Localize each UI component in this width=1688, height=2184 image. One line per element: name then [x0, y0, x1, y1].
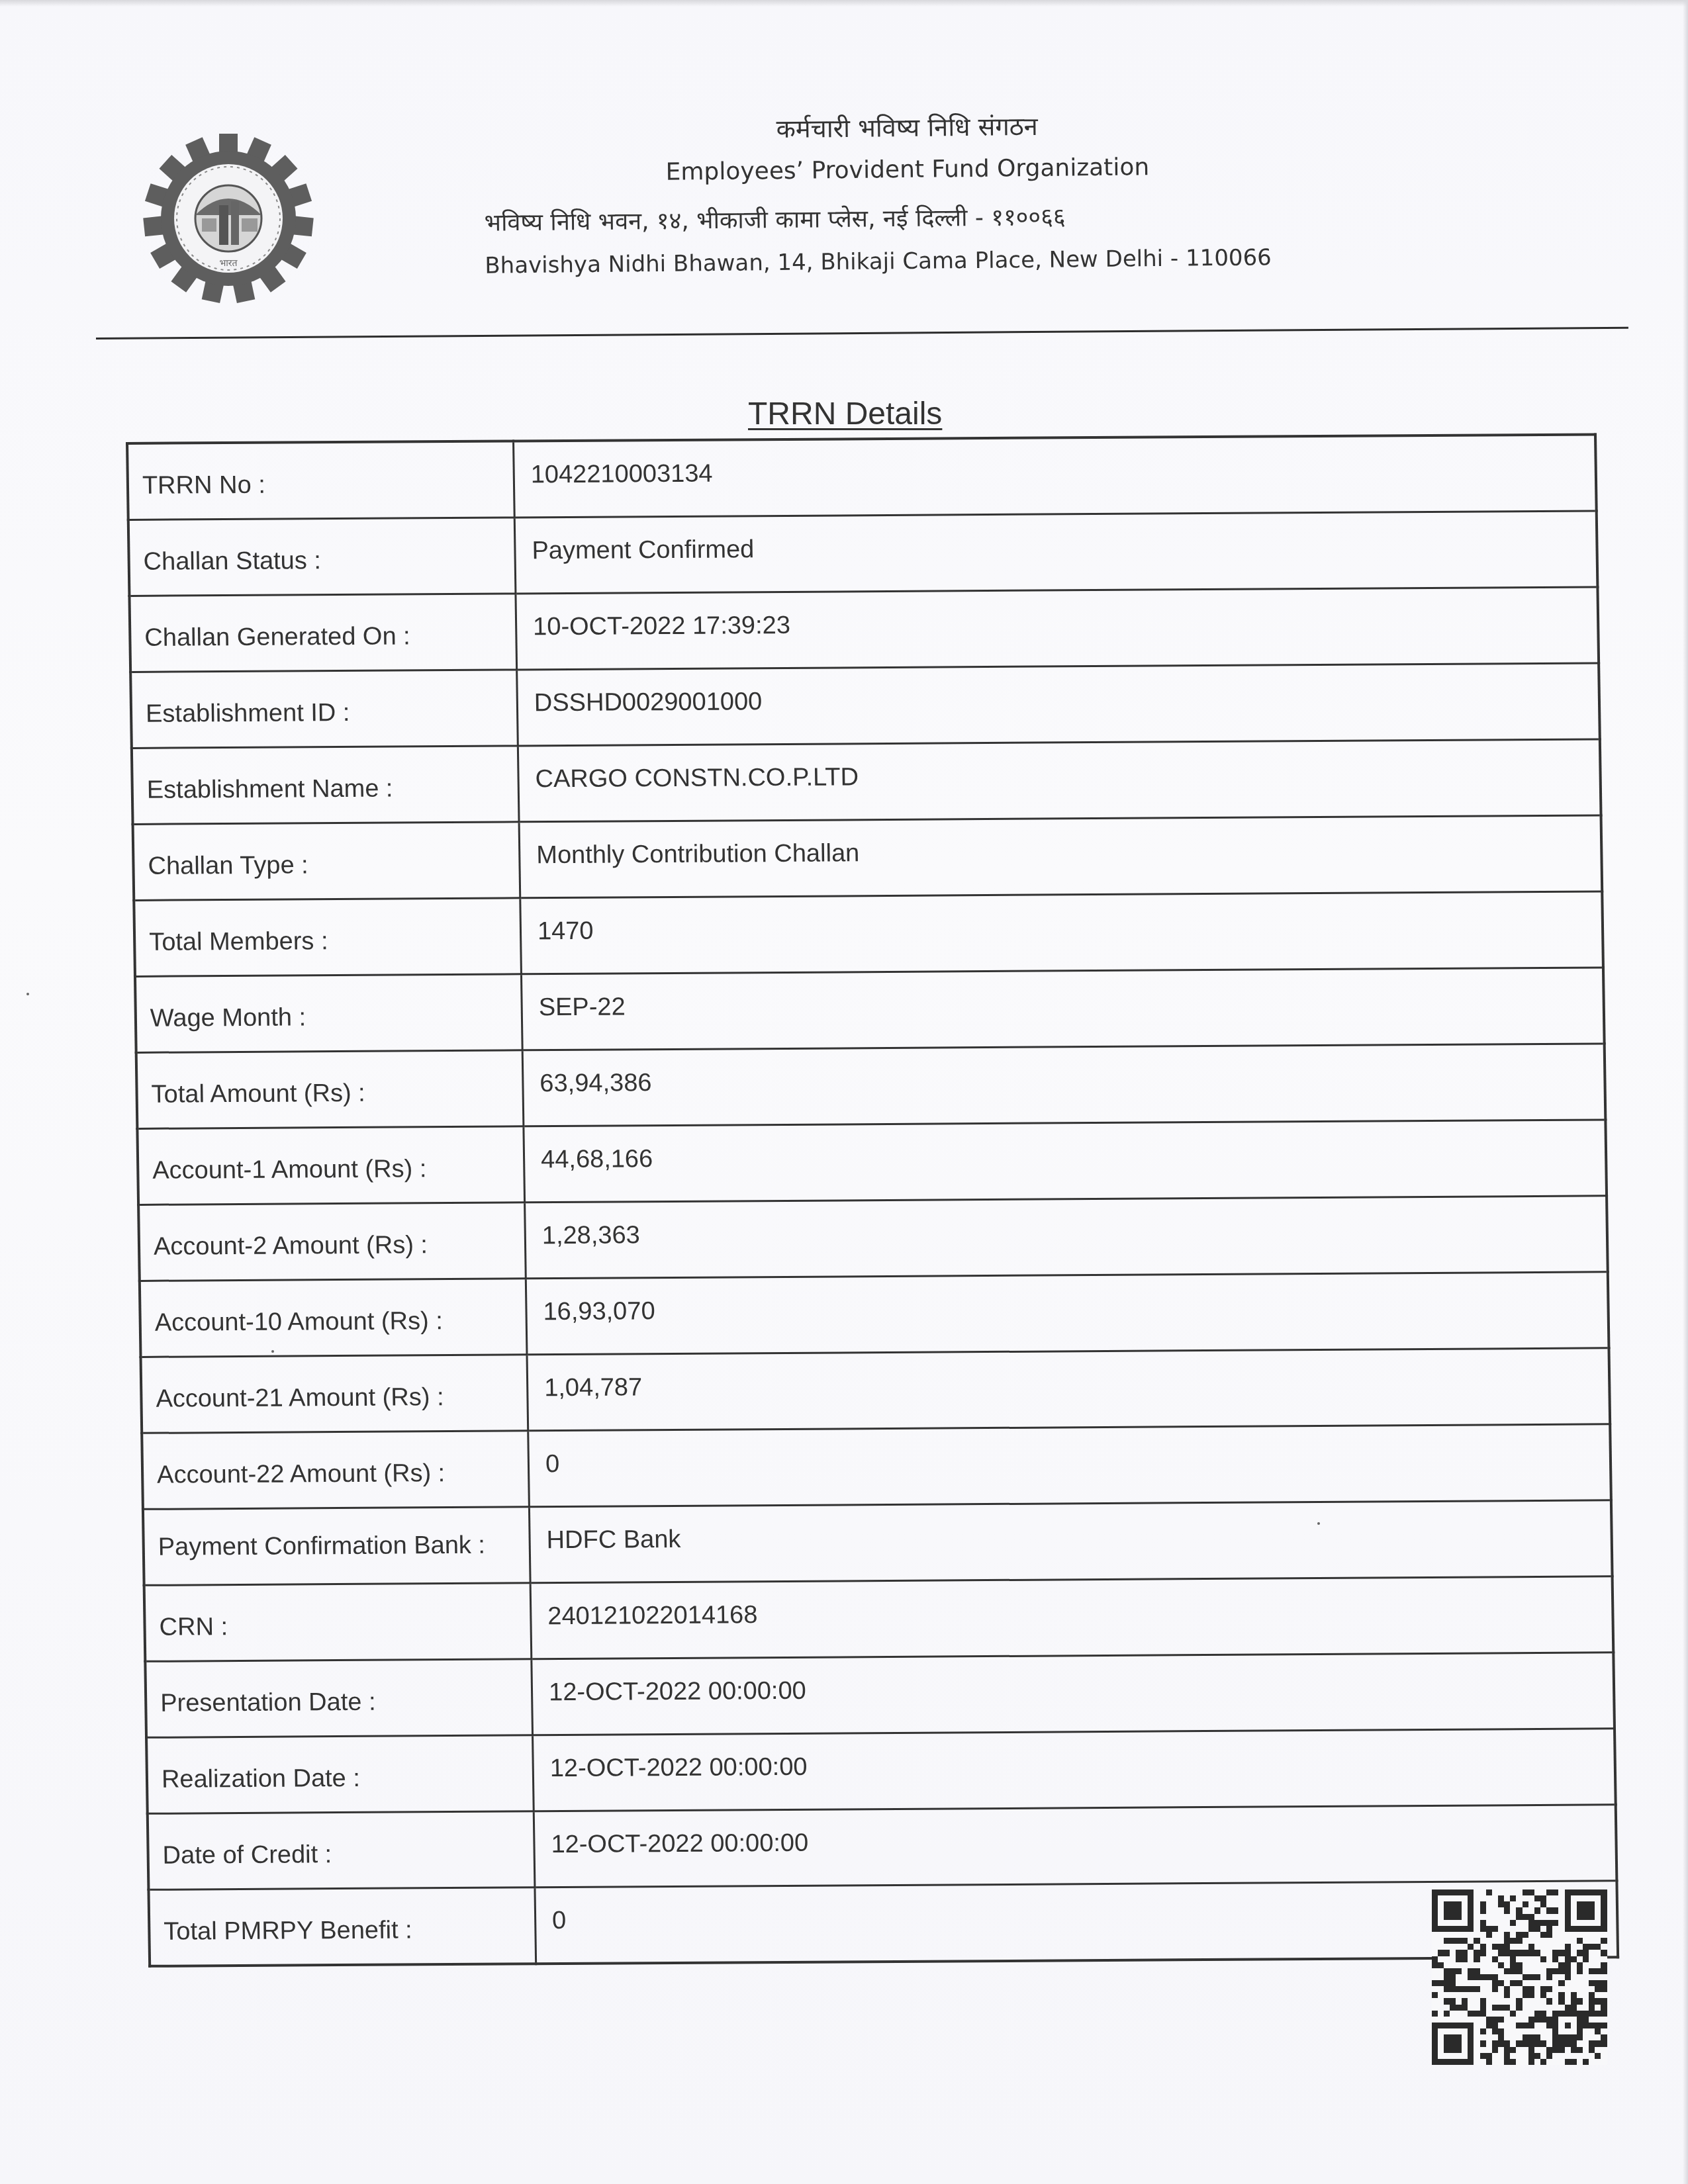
epfo-logo-icon: भारत: [136, 132, 321, 304]
field-value: CARGO CONSTN.CO.P.LTD: [518, 739, 1601, 822]
table-row: Total Members :1470: [134, 891, 1603, 977]
field-value: 12-OCT-2022 00:00:00: [533, 1729, 1616, 1811]
field-value: 1,04,787: [527, 1348, 1610, 1431]
table-row: Total Amount (Rs) :63,94,386: [136, 1044, 1606, 1129]
field-label: Account-10 Amount (Rs) :: [140, 1279, 527, 1357]
field-label: CRN :: [144, 1583, 532, 1662]
field-label: Total Amount (Rs) :: [136, 1050, 524, 1129]
table-row: Challan Status :Payment Confirmed: [128, 511, 1598, 596]
field-value: 0: [528, 1424, 1611, 1507]
table-row: Wage Month :SEP-22: [135, 968, 1605, 1053]
field-label: Establishment ID :: [130, 670, 518, 749]
field-value: 240121022014168: [530, 1576, 1613, 1659]
trrn-details-table-container: TRRN No :1042210003134Challan Status :Pa…: [126, 433, 1619, 1967]
table-row: Account-21 Amount (Rs) :1,04,787: [141, 1348, 1611, 1433]
field-label: Wage Month :: [135, 974, 522, 1053]
field-label: Payment Confirmation Bank :: [143, 1507, 530, 1586]
address-english: Bhavishya Nidhi Bhawan, 14, Bhikaji Cama…: [485, 237, 1326, 285]
field-label: Total Members :: [134, 898, 521, 977]
field-label: Account-1 Amount (Rs) :: [137, 1126, 524, 1205]
table-row: Establishment ID :DSSHD0029001000: [130, 663, 1600, 749]
field-value: 16,93,070: [526, 1272, 1609, 1355]
field-label: Total PMRPY Benefit :: [148, 1888, 536, 1966]
field-label: Account-21 Amount (Rs) :: [141, 1355, 528, 1433]
scan-edge: [0, 0, 1688, 7]
table-row: Account-2 Amount (Rs) :1,28,363: [138, 1196, 1608, 1281]
scanned-page: भारत कर्मचारी भविष्य निधि संगठन Employee…: [0, 0, 1688, 2184]
table-row: Establishment Name :CARGO CONSTN.CO.P.LT…: [132, 739, 1601, 825]
field-label: TRRN No :: [127, 441, 514, 520]
field-label: Realization Date :: [146, 1735, 534, 1814]
table-row: Account-1 Amount (Rs) :44,68,166: [137, 1120, 1607, 1205]
field-value: DSSHD0029001000: [517, 663, 1600, 746]
field-label: Presentation Date :: [145, 1659, 532, 1738]
field-value: 1042210003134: [514, 434, 1597, 517]
trrn-details-table: TRRN No :1042210003134Challan Status :Pa…: [126, 433, 1619, 1967]
svg-text:भारत: भारत: [219, 258, 238, 269]
table-row: Payment Confirmation Bank :HDFC Bank: [143, 1500, 1613, 1586]
field-label: Account-22 Amount (Rs) :: [142, 1431, 529, 1510]
table-row: Presentation Date :12-OCT-2022 00:00:00: [145, 1653, 1615, 1738]
table-row: Challan Type :Monthly Contribution Chall…: [133, 815, 1603, 901]
table-row: TRRN No :1042210003134: [127, 434, 1597, 520]
field-label: Challan Type :: [133, 822, 520, 901]
table-row: Total PMRPY Benefit :0: [148, 1881, 1618, 1966]
field-label: Account-2 Amount (Rs) :: [138, 1203, 526, 1281]
field-label: Challan Status :: [128, 518, 516, 596]
field-label: Date of Credit :: [148, 1811, 535, 1890]
table-row: Challan Generated On :10-OCT-2022 17:39:…: [129, 587, 1599, 672]
scan-edge: [1683, 0, 1688, 2184]
field-value: 1,28,363: [525, 1196, 1608, 1279]
field-label: Establishment Name :: [132, 746, 519, 825]
field-value: Payment Confirmed: [514, 511, 1597, 594]
field-value: 63,94,386: [522, 1044, 1605, 1126]
field-value: HDFC Bank: [529, 1500, 1612, 1583]
field-value: 44,68,166: [524, 1120, 1607, 1203]
field-value: 10-OCT-2022 17:39:23: [516, 587, 1599, 670]
field-value: Monthly Contribution Challan: [519, 815, 1602, 898]
table-row: Account-10 Amount (Rs) :16,93,070: [140, 1272, 1609, 1357]
table-row: Date of Credit :12-OCT-2022 00:00:00: [148, 1805, 1617, 1890]
org-header: कर्मचारी भविष्य निधि संगठन Employees’ Pr…: [463, 103, 1326, 286]
table-row: Realization Date :12-OCT-2022 00:00:00: [146, 1729, 1616, 1814]
field-value: 1470: [520, 891, 1603, 974]
field-value: SEP-22: [521, 968, 1604, 1050]
table-row: CRN :240121022014168: [144, 1576, 1614, 1662]
field-label: Challan Generated On :: [129, 594, 516, 672]
page-title: TRRN Details: [748, 396, 942, 432]
org-name-english: Employees’ Provident Fund Organization: [491, 143, 1325, 197]
header-divider: [96, 327, 1628, 340]
qr-code-icon: [1430, 1889, 1609, 2065]
field-value: 12-OCT-2022 00:00:00: [534, 1805, 1617, 1888]
table-row: Account-22 Amount (Rs) :0: [142, 1424, 1611, 1510]
field-value: 12-OCT-2022 00:00:00: [532, 1653, 1615, 1735]
